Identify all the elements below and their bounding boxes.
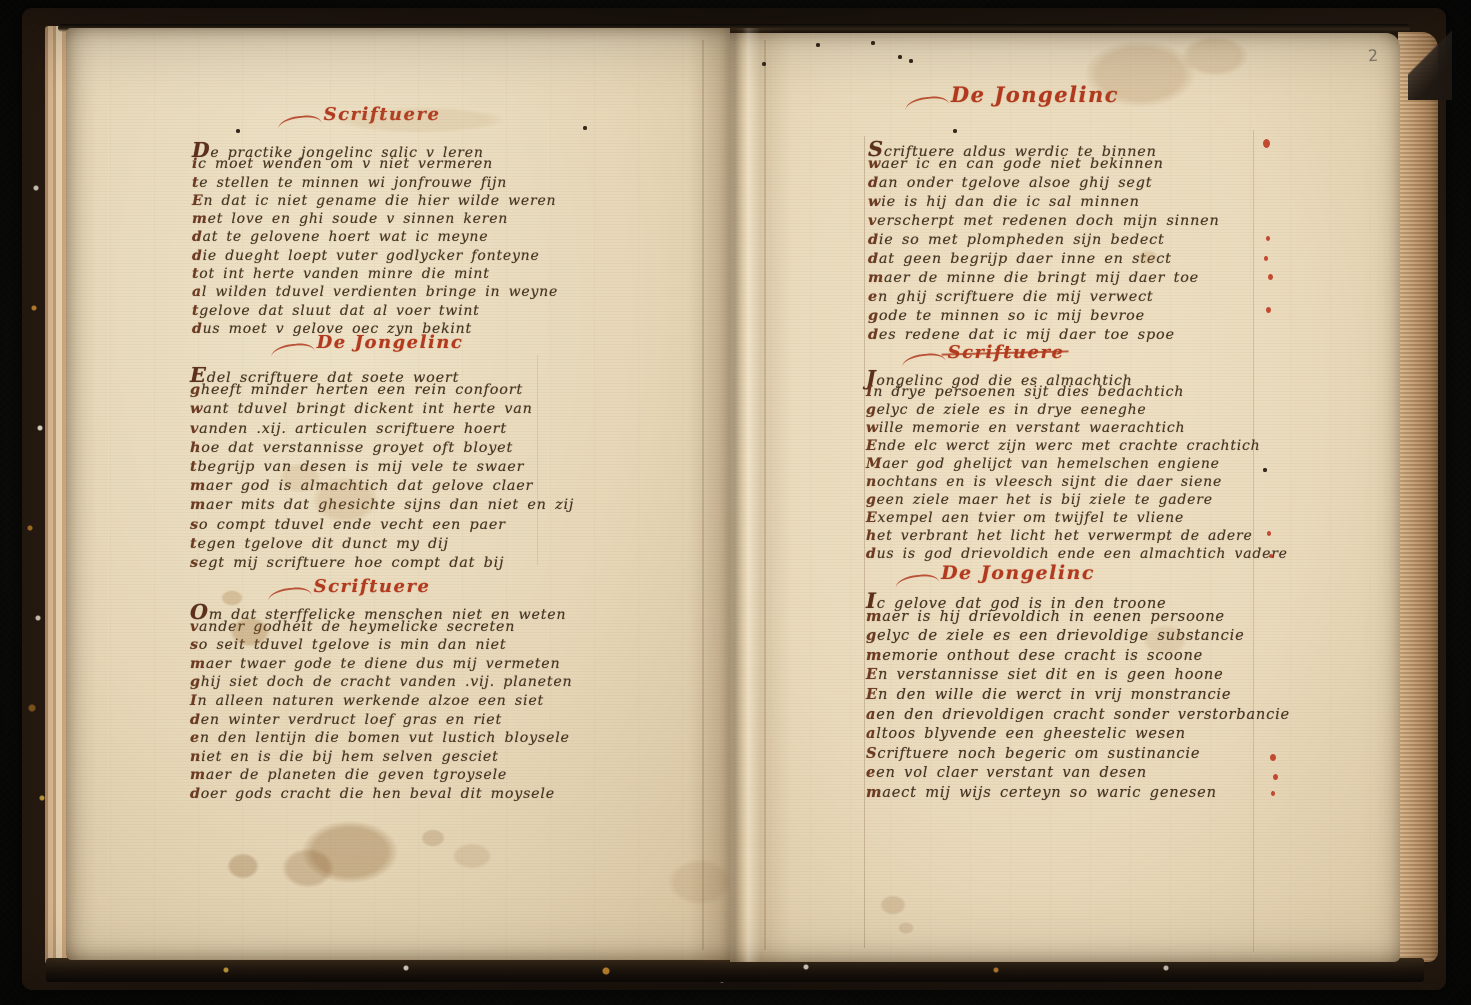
parchment-stain — [282, 848, 334, 888]
red-margin-mark — [1273, 774, 1278, 780]
parchment-stain — [421, 829, 445, 847]
parchment-stain — [1085, 41, 1195, 107]
verse-line: gelyc de ziele es in drye eeneghe — [866, 402, 1288, 420]
verse-line: tgelove dat sluut dat al voer twint — [192, 303, 558, 321]
ink-speck — [583, 126, 587, 130]
red-margin-mark — [1263, 139, 1270, 148]
verse-line: een vol claer verstant van desen — [866, 764, 1290, 784]
verse-line: dat te gelovene hoert wat ic meyne — [192, 229, 558, 247]
verse-line: maer de planeten die geven tgroysele — [190, 767, 573, 786]
rubric-heading: Scriftuere — [948, 342, 1065, 363]
verse-line: den winter verdruct loef gras en riet — [190, 712, 573, 731]
verse-line: vanden .xij. articulen scriftuere hoert — [190, 420, 574, 439]
ink-speck — [898, 55, 902, 59]
red-margin-mark — [1271, 791, 1275, 796]
verse-line: maer is hij drievoldich in eenen persoon… — [866, 608, 1290, 628]
verse-line: aen den drievoldigen cracht sonder verst… — [866, 706, 1290, 726]
parchment-stain — [452, 843, 492, 869]
verse-line: dat geen begrijp daer inne en stect — [868, 250, 1220, 269]
verse-block: Ic gelove dat god is in den troonemaer i… — [866, 588, 1290, 804]
verse-line: maect mij wijs certeyn so waric genesen — [866, 784, 1290, 804]
verse-line: Scriftuere aldus werdic te binnen — [868, 136, 1220, 155]
verse-block: Scriftuere aldus werdic te binnenwaer ic… — [868, 136, 1220, 345]
ink-speck — [953, 129, 957, 133]
verse-line: tegen tgelove dit dunct my dij — [190, 535, 574, 554]
red-margin-mark — [1269, 554, 1273, 558]
verse-line: memorie onthout dese cracht is scoone — [866, 647, 1290, 667]
verse-line: maer mits dat ghesichte sijns dan niet e… — [190, 496, 574, 515]
verse-line: Jongelinc god die es almachtich — [866, 366, 1288, 384]
verse-line: gode te minnen so ic mij bevroe — [868, 307, 1220, 326]
parchment-stain — [279, 463, 321, 493]
verse-line: doer gods cracht die hen beval dit moyse… — [190, 786, 573, 805]
verse-line: En dat ic niet gename die hier wilde wer… — [192, 193, 558, 211]
verse-line: In drye persoenen sijt dies bedachtich — [866, 384, 1288, 402]
ink-speck — [1263, 468, 1267, 472]
parchment-stain — [668, 859, 732, 905]
rubric-heading: De Jongelinc — [317, 332, 464, 353]
verse-line: want tduvel bringt dickent int herte van — [190, 400, 574, 419]
verse-line: En den wille die werct in vrij monstranc… — [866, 686, 1290, 706]
verse-line: maer god is almachtich dat gelove claer — [190, 477, 574, 496]
page-edges-right — [1398, 32, 1438, 962]
verse-line: De practike jongelinc salic v leren — [192, 138, 558, 156]
verse-line: niet en is die bij hem selven gesciet — [190, 749, 573, 768]
ink-speck — [762, 62, 766, 66]
verse-line: Maer god ghelijct van hemelschen engiene — [866, 456, 1288, 474]
ink-speck — [816, 43, 820, 47]
verse-line: het verbrant het licht het verwermpt de … — [866, 528, 1288, 546]
parchment-stain — [1143, 625, 1187, 655]
verse-block: Jongelinc god die es almachtichIn drye p… — [866, 366, 1288, 564]
ink-speck — [236, 129, 240, 133]
verse-line: en ghij scriftuere die mij verwect — [868, 288, 1220, 307]
parchment-stain — [1138, 250, 1158, 264]
verse-line: tbegrijp van desen is mij vele te swaer — [190, 458, 574, 477]
verse-line: Ic gelove dat god is in den troone — [866, 588, 1290, 608]
verse-line: ic moet wenden om v niet vermeren — [192, 156, 558, 174]
red-margin-mark — [1267, 531, 1271, 536]
folio-number: 2 — [1367, 46, 1378, 66]
verse-line: maer twaer gode te diene dus mij vermete… — [190, 656, 573, 675]
ink-speck — [871, 41, 875, 45]
verse-line: nochtans en is vleesch sijnt die daer si… — [866, 474, 1288, 492]
verse-line: met love en ghi soude v sinnen keren — [192, 211, 558, 229]
fold-line — [764, 40, 766, 950]
red-margin-mark — [1264, 256, 1268, 261]
verse-line: Edel scriftuere dat soete woert — [190, 362, 574, 381]
verse-line: ghij siet doch de cracht vanden .vij. pl… — [190, 674, 573, 693]
verse-line: geen ziele maer het is bij ziele te gade… — [866, 492, 1288, 510]
verse-line: en den lentijn die bomen vut lustich blo… — [190, 730, 573, 749]
verse-line: tot int herte vanden minre die mint — [192, 266, 558, 284]
verse-line: Om dat sterffelicke menschen niet en wet… — [190, 600, 573, 619]
rubric-heading: De Jongelinc — [941, 562, 1095, 584]
verse-line: Exempel aen tvier om twijfel te vliene — [866, 510, 1288, 528]
verse-line: In alleen naturen werkende alzoe een sie… — [190, 693, 573, 712]
verse-line: segt mij scriftuere hoe compt dat bij — [190, 554, 574, 573]
verse-line: gheeft minder herten een rein confoort — [190, 381, 574, 400]
parchment-stain — [1182, 36, 1248, 76]
verse-line: waer ic en can gode niet bekinnen — [868, 155, 1220, 174]
verse-line: wie is hij dan die ic sal minnen — [868, 193, 1220, 212]
verse-line: maer de minne die bringt mij daer toe — [868, 269, 1220, 288]
verse-line: wille memorie en verstant waerachtich — [866, 420, 1288, 438]
verse-line: dan onder tgelove alsoe ghij segt — [868, 174, 1220, 193]
verse-line: al wilden tduvel verdienten bringe in we… — [192, 284, 558, 302]
red-margin-mark — [1266, 307, 1271, 313]
verse-line: gelyc de ziele es een drievoldige substa… — [866, 627, 1290, 647]
verse-line: die dueght loept vuter godlycker fonteyn… — [192, 248, 558, 266]
verse-line: Ende elc werct zijn werc met crachte cra… — [866, 438, 1288, 456]
parchment-stain — [230, 617, 270, 647]
parchment-stain — [227, 853, 259, 879]
parchment-stain — [221, 590, 243, 606]
page-edges-left — [45, 26, 67, 964]
verse-line: te stellen te minnen wi jonfrouwe fijn — [192, 175, 558, 193]
verse-line: Scriftuere noch begeric om sustinancie — [866, 745, 1290, 765]
verse-line: so compt tduvel ende vecht een paer — [190, 516, 574, 535]
ink-speck — [909, 59, 913, 63]
parchment-stain — [312, 477, 378, 523]
manuscript-photo: ScriftuereDe practike jongelinc salic v … — [0, 0, 1471, 1005]
verse-line: die so met plompheden sijn bedect — [868, 231, 1220, 250]
cover-corner — [1408, 26, 1452, 100]
verse-line: altoos blyvende een gheestelic wesen — [866, 725, 1290, 745]
rubric-heading: Scriftuere — [314, 576, 431, 597]
parchment-stain — [898, 922, 914, 934]
verse-line: hoe dat verstannisse groyet oft bloyet — [190, 439, 574, 458]
verse-block: De practike jongelinc salic v lerenic mo… — [192, 138, 558, 339]
verse-line: En verstannisse siet dit en is geen hoon… — [866, 666, 1290, 686]
ruling-line-left-margin — [864, 136, 865, 948]
verse-block: Edel scriftuere dat soete woertgheeft mi… — [190, 362, 574, 573]
red-margin-mark — [1266, 236, 1270, 241]
verse-line: verscherpt met redenen doch mijn sinnen — [868, 212, 1220, 231]
fold-line — [702, 40, 704, 950]
parchment-stain — [335, 107, 505, 133]
red-margin-mark — [1270, 754, 1276, 761]
red-margin-mark — [1268, 274, 1273, 280]
parchment-stain — [880, 895, 906, 915]
